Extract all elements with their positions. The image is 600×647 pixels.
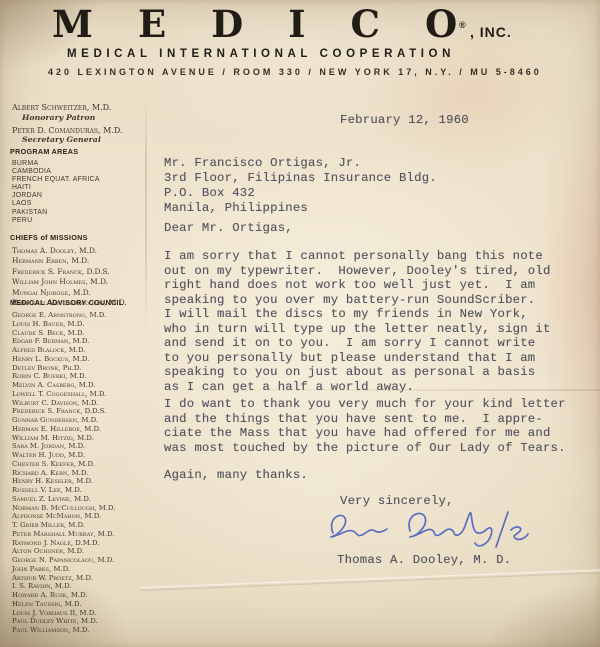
list-item: JORDAN <box>12 192 100 200</box>
letter-paragraph-3: Again, many thanks. <box>164 468 308 482</box>
section-heading: CHIEFS of MISSIONS <box>10 234 127 242</box>
org-address-line: 420 LEXINGTON AVENUE / ROOM 330 / NEW YO… <box>48 67 542 77</box>
signature-ink <box>511 527 528 539</box>
list-item: George E. Armstrong, M.D. <box>12 311 123 320</box>
list-item: John Parks, M.D. <box>12 565 123 574</box>
list-item: PAKISTAN <box>12 209 100 217</box>
list-item: Louis H. Bauer, M.D. <box>12 320 123 329</box>
list-item: Walter H. Judd, M.D. <box>12 451 123 460</box>
list-item: Frederick S. Franck, D.D.S. <box>12 267 127 277</box>
list-item: Herman E. Hilleboe, M.D. <box>12 425 123 434</box>
list-item: Henry H. Kessler, M.D. <box>12 477 123 486</box>
list-item: I. S. Ravdin, M.D. <box>12 582 123 591</box>
scanned-letter-page: MEDICO ® , INC. MEDICAL INTERNATIONAL CO… <box>0 0 600 647</box>
list-item: T. Grier Miller, M.D. <box>12 521 123 530</box>
list-item: Edgar F. Berman, M.D. <box>12 337 123 346</box>
list-item: Frederick S. Franck, D.D.S. <box>12 407 123 416</box>
list-item: Peter Marshall Murray, M.D. <box>12 530 123 539</box>
list-item: Gunnar Gundersen, M.D. <box>12 416 123 425</box>
officer-role: Secretary General <box>12 135 123 144</box>
list-item: Henry L. Bockus, M.D. <box>12 355 123 364</box>
list-item: Howard A. Rusk, M.D. <box>12 591 123 600</box>
list-item: Richard A. Kern, M.D. <box>12 469 123 478</box>
list-item: Wilburt C. Davison, M.D. <box>12 399 123 408</box>
list-item: Arthur W. Proetz, M.D. <box>12 574 123 583</box>
program-areas-list: BURMACAMBODIAFRENCH EQUAT. AFRICAHAITIJO… <box>10 160 100 225</box>
list-item: LAOS <box>12 200 100 208</box>
org-logo-text: MEDICO <box>52 2 502 46</box>
list-item: Hermann Erben, M.D. <box>12 256 127 266</box>
list-item: Thomas A. Dooley, M.D. <box>12 246 127 256</box>
list-item: Paul Williamson, M.D. <box>12 626 123 635</box>
org-tagline: MEDICAL INTERNATIONAL COOPERATION <box>67 48 455 60</box>
list-item: William M. Hitzig, M.D. <box>12 434 123 443</box>
list-item: Alfred Blalock, M.D. <box>12 346 123 355</box>
list-item: PERU <box>12 217 100 225</box>
officer-name: Peter D. Comanduras, M.D. <box>12 126 123 136</box>
section-program-areas: PROGRAM AREAS BURMACAMBODIAFRENCH EQUAT.… <box>10 148 100 225</box>
list-item: Helen Taussig, M.D. <box>12 600 123 609</box>
section-heading: MEDICAL ADVISORY COUNCIL <box>10 299 123 307</box>
list-item: Sara M. Jordan, M.D. <box>12 442 123 451</box>
officer-name: Albert Schweitzer, M.D. <box>12 103 123 113</box>
list-item: Claude S. Beck, M.D. <box>12 329 123 338</box>
advisory-council-list: George E. Armstrong, M.D.Louis H. Bauer,… <box>10 311 123 635</box>
list-item: Russell V. Lee, M.D. <box>12 486 123 495</box>
recipient-address-block: Mr. Francisco Ortigas, Jr. 3rd Floor, Fi… <box>164 156 437 216</box>
list-item: CAMBODIA <box>12 168 100 176</box>
officer-honorary-patron: Albert Schweitzer, M.D. Honorary Patron <box>12 103 123 122</box>
letter-paragraph-2: I do want to thank you very much for you… <box>164 397 566 455</box>
officer-secretary-general: Peter D. Comanduras, M.D. Secretary Gene… <box>12 126 123 145</box>
list-item: Lowell T. Coggeshall, M.D. <box>12 390 123 399</box>
list-item: Samuel Z. Levine, M.D. <box>12 495 123 504</box>
paper-crease-vertical <box>145 92 147 332</box>
officer-role: Honorary Patron <box>12 113 123 122</box>
list-item: Chester S. Keefer, M.D. <box>12 460 123 469</box>
list-item: HAITI <box>12 184 100 192</box>
handwritten-signature <box>315 505 537 557</box>
salutation: Dear Mr. Ortigas, <box>164 221 293 235</box>
letter-paragraph-1: I am sorry that I cannot personally bang… <box>164 249 551 394</box>
paper-crease-horizontal <box>160 389 600 391</box>
list-item: Mungai Njoroge, M.D. <box>12 288 127 298</box>
registered-trademark-symbol: ® <box>459 20 466 30</box>
list-item: FRENCH EQUAT. AFRICA <box>12 176 100 184</box>
list-item: Raymond J. Nagle, D.M.D. <box>12 539 123 548</box>
typed-signature-name: Thomas A. Dooley, M. D. <box>337 553 511 567</box>
list-item: BURMA <box>12 160 100 168</box>
section-heading: PROGRAM AREAS <box>10 148 100 156</box>
list-item: Melvin A. Casberg, M.D. <box>12 381 123 390</box>
list-item: Detlev Bronk, Ph.D. <box>12 364 123 373</box>
list-item: Norman B. McCullough, M.D. <box>12 504 123 513</box>
signature-ink <box>331 515 387 537</box>
signature-ink <box>496 512 508 547</box>
org-inc-suffix: , INC. <box>470 24 512 40</box>
section-medical-advisory-council: MEDICAL ADVISORY COUNCIL George E. Armst… <box>10 299 123 635</box>
letter-date: February 12, 1960 <box>340 113 469 127</box>
list-item: Robin C. Buerki, M.D. <box>12 372 123 381</box>
letterhead-officers: Albert Schweitzer, M.D. Honorary Patron … <box>12 103 123 148</box>
signature-ink <box>409 513 492 546</box>
list-item: Alton Ochsner, M.D. <box>12 547 123 556</box>
list-item: George N. Papanicolaou, M.D. <box>12 556 123 565</box>
paper-fold-line <box>140 569 600 591</box>
list-item: William John Holmes, M.D. <box>12 277 127 287</box>
list-item: Louis J. Vorhaus II, M.D. <box>12 609 123 618</box>
list-item: Alphonse McMahon, M.D. <box>12 512 123 521</box>
list-item: Paul Dudley White, M.D. <box>12 617 123 626</box>
